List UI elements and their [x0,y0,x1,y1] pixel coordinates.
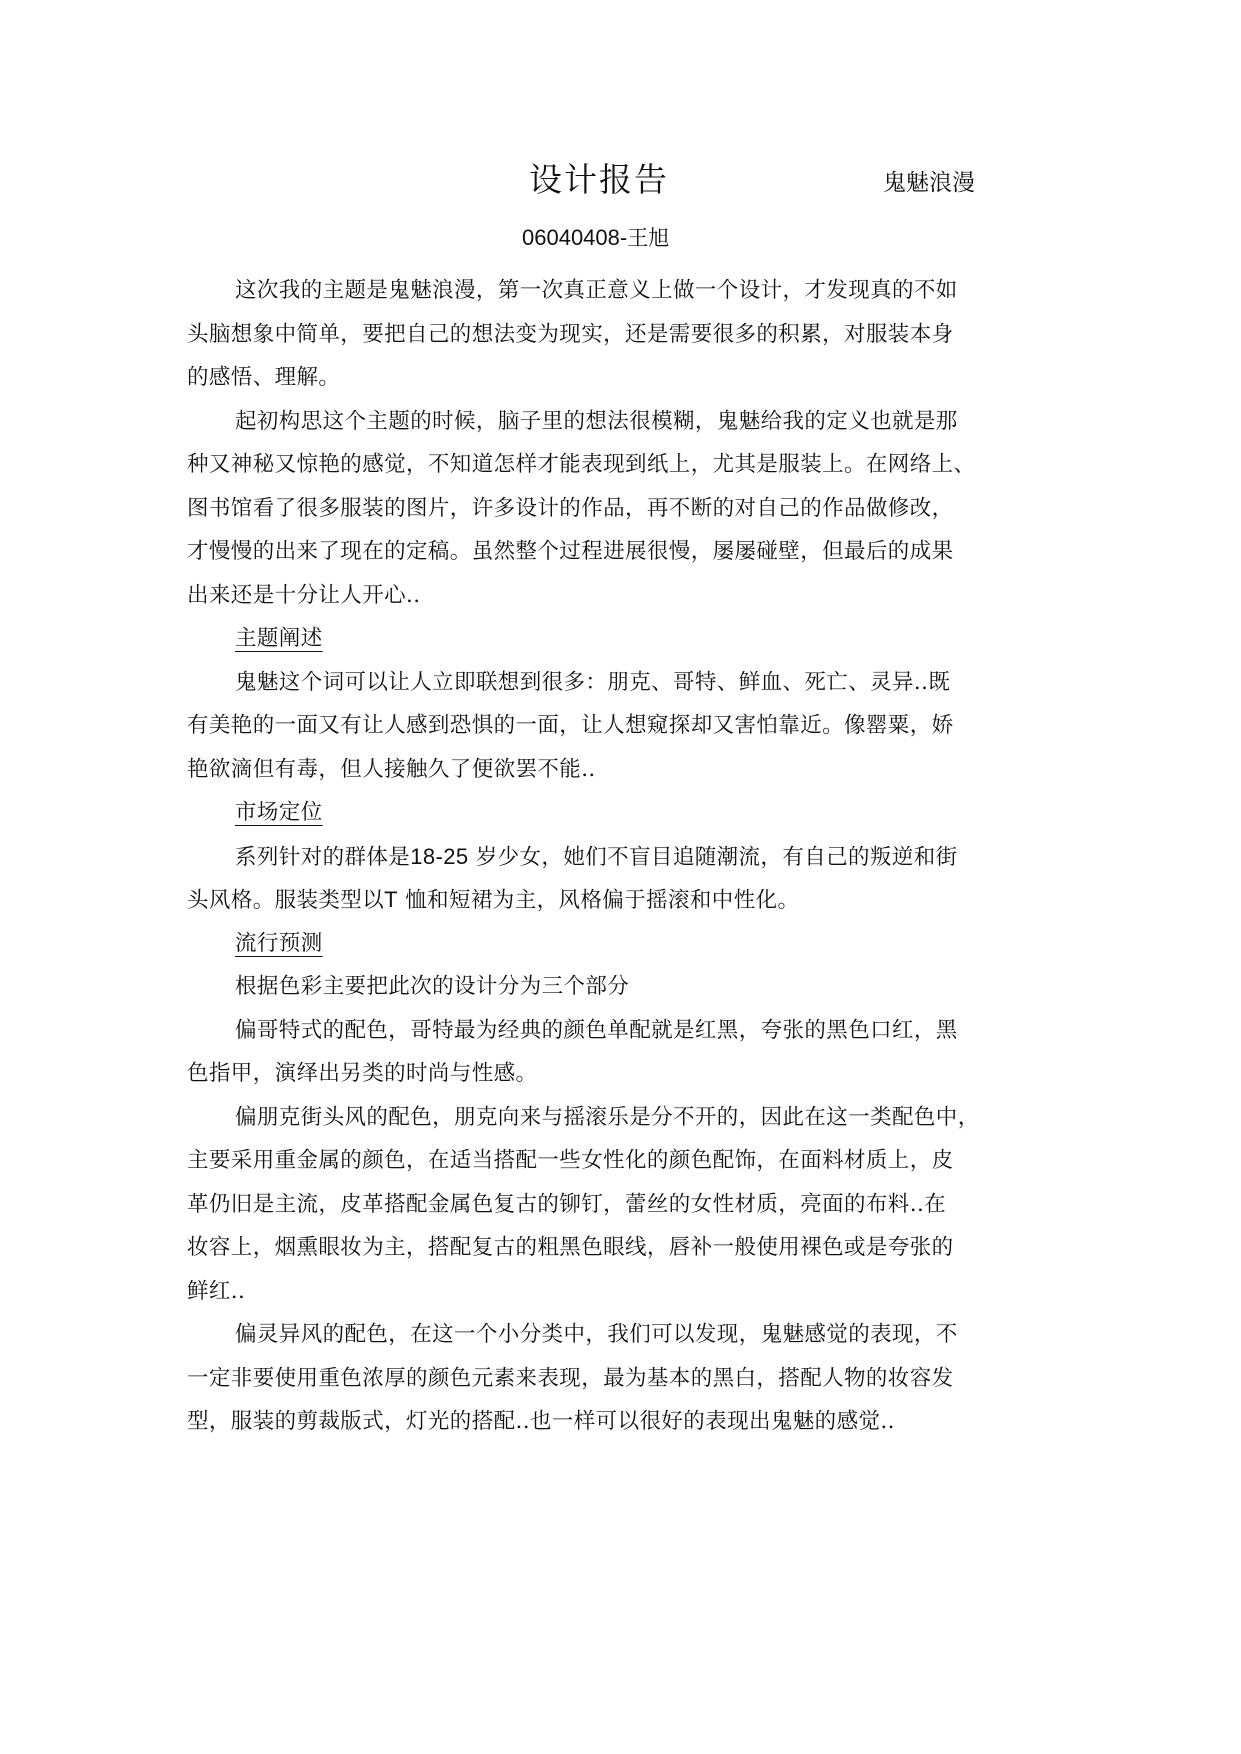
trend-section: 流行预测 根据色彩主要把此次的设计分为三个部分 偏哥特式的配色，哥特最为经典的颜… [187,922,1047,1444]
document-title: 设计报告 [529,158,669,202]
text-line: 才慢慢的出来了现在的定稿。虽然整个过程进展很慢，屡屡碰壁，但最后的成果 [187,530,1047,574]
section-heading-trend: 流行预测 [235,922,323,966]
section-heading-market: 市场定位 [235,791,323,835]
text-line: 艳欲滴但有毒，但人接触久了便欲罢不能.. [187,748,1047,792]
supernatural-paragraph: 偏灵异风的配色，在这一个小分类中，我们可以发现，鬼魅感觉的表现，不 一定非要使用… [187,1313,1047,1444]
text-line: 种又神秘又惊艳的感觉，不知道怎样才能表现到纸上，尤其是服装上。在网络上、 [187,443,1047,487]
text-line: 出来还是十分让人开心.. [187,574,1047,618]
text-line: 妆容上，烟熏眼妆为主，搭配复古的粗黑色眼线，唇补一般使用裸色或是夸张的 [187,1226,1047,1270]
text-line: 一定非要使用重色浓厚的颜色元素来表现，最为基本的黑白，搭配人物的妆容发 [187,1357,1047,1401]
author-name: 王旭 [627,226,669,250]
section-heading-theme: 主题阐述 [235,617,323,661]
theme-section: 主题阐述 鬼魅这个词可以让人立即联想到很多：朋克、哥特、鲜血、死亡、灵异..既 … [187,617,1047,791]
punk-paragraph: 偏朋克街头风的配色，朋克向来与摇滚乐是分不开的，因此在这一类配色中， 主要采用重… [187,1096,1047,1314]
theme-name: 鬼魅浪漫 [883,168,975,198]
text-line: 的感悟、理解。 [187,356,1047,400]
text-line: 头风格。服装类型以T 恤和短裙为主，风格偏于摇滚和中性化。 [187,878,1047,922]
text-line: 这次我的主题是鬼魅浪漫，第一次真正意义上做一个设计，才发现真的不如 [187,269,1047,313]
document-body: 这次我的主题是鬼魅浪漫，第一次真正意义上做一个设计，才发现真的不如 头脑想象中简… [187,269,1047,1444]
text-line: 主要采用重金属的颜色，在适当搭配一些女性化的颜色配饰，在面料材质上，皮 [187,1139,1047,1183]
text-line: 色指甲，演绎出另类的时尚与性感。 [187,1052,1047,1096]
text-line: 偏朋克街头风的配色，朋克向来与摇滚乐是分不开的，因此在这一类配色中， [187,1096,1047,1140]
text-line: 偏哥特式的配色，哥特最为经典的颜色单配就是红黑，夸张的黑色口红，黑 [187,1009,1047,1053]
gothic-paragraph: 偏哥特式的配色，哥特最为经典的颜色单配就是红黑，夸张的黑色口红，黑 色指甲，演绎… [187,1009,1047,1096]
text-line: 鲜红.. [187,1270,1047,1314]
text-line: 型，服装的剪裁版式，灯光的搭配..也一样可以很好的表现出鬼魅的感觉.. [187,1400,1047,1444]
text-line: 头脑想象中简单，要把自己的想法变为现实，还是需要很多的积累，对服装本身 [187,313,1047,357]
text-line: 鬼魅这个词可以让人立即联想到很多：朋克、哥特、鲜血、死亡、灵异..既 [187,661,1047,705]
age-range: 18-25 [410,844,468,869]
student-id: 06040408- [522,225,627,250]
text-line: 起初构思这个主题的时候，脑子里的想法很模糊，鬼魅给我的定义也就是那 [187,400,1047,444]
text-line: 有美艳的一面又有让人感到恐惧的一面，让人想窥探却又害怕靠近。像罂粟，娇 [187,704,1047,748]
text-line: 偏灵异风的配色，在这一个小分类中，我们可以发现，鬼魅感觉的表现，不 [187,1313,1047,1357]
document-page: 设计报告 鬼魅浪漫 06040408-王旭 这次我的主题是鬼魅浪漫，第一次真正意… [0,0,1241,1754]
text-line: 系列针对的群体是18-25 岁少女，她们不盲目追随潮流，有自己的叛逆和街 [187,835,1047,879]
t-shirt-letter: T [384,887,398,912]
author-line: 06040408-王旭 [522,223,669,253]
text-line: 革仍旧是主流，皮革搭配金属色复古的铆钉，蕾丝的女性材质，亮面的布料..在 [187,1183,1047,1227]
text-line: 图书馆看了很多服装的图片，许多设计的作品，再不断的对自己的作品做修改， [187,487,1047,531]
process-paragraph: 起初构思这个主题的时候，脑子里的想法很模糊，鬼魅给我的定义也就是那 种又神秘又惊… [187,400,1047,618]
text-line: 根据色彩主要把此次的设计分为三个部分 [187,965,1047,1009]
intro-paragraph: 这次我的主题是鬼魅浪漫，第一次真正意义上做一个设计，才发现真的不如 头脑想象中简… [187,269,1047,400]
market-section: 市场定位 系列针对的群体是18-25 岁少女，她们不盲目追随潮流，有自己的叛逆和… [187,791,1047,922]
